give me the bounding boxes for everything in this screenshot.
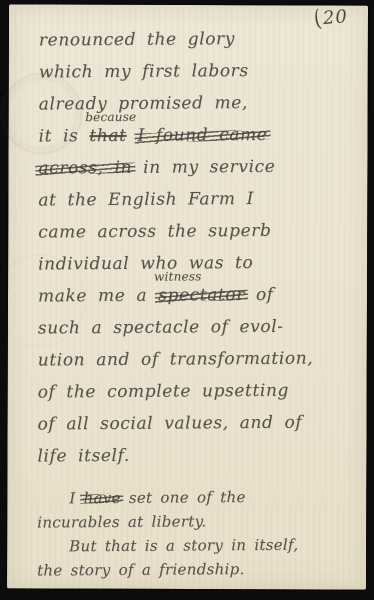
manuscript-line: But that is a story in itself,: [37, 532, 360, 558]
struck-out-text: thatbecause: [89, 126, 126, 146]
handwritten-text: came across the superb: [38, 221, 271, 243]
manuscript-line: incurables at liberty.: [37, 508, 360, 534]
manuscript-line: renounced the glory: [39, 22, 362, 56]
manuscript-line: came across the superb: [38, 214, 361, 248]
struck-out-text: spectatorwitness: [158, 285, 245, 306]
handwritten-text: of: [245, 285, 274, 305]
handwritten-text: at the English Farm I: [38, 189, 254, 211]
manuscript-line: of all social values, and of: [37, 406, 360, 440]
handwritten-text: the story of a friendship.: [37, 560, 245, 579]
manuscript-line: it is thatbecause I found came: [38, 118, 361, 152]
handwritten-text: which my first labors: [39, 61, 249, 82]
handwritten-text: it is: [38, 126, 89, 146]
handwritten-text: renounced the glory: [39, 29, 235, 50]
handwritten-text: set one of the: [121, 488, 246, 507]
struck-out-text: have: [84, 489, 121, 507]
handwritten-text: in my service: [132, 157, 275, 178]
manuscript-line: such a spectacle of evol-: [38, 310, 361, 344]
handwritten-text: life itself.: [37, 446, 130, 467]
manuscript-page: (20 renounced the glorywhich my first la…: [7, 4, 368, 589]
handwritten-text: of the complete upsetting: [38, 381, 289, 403]
manuscript-postscript: I have set one of theincurables at liber…: [37, 486, 360, 583]
manuscript-line: life itself.: [37, 438, 360, 472]
manuscript-line: at the English Farm I: [38, 182, 361, 216]
manuscript-line: ution and of transformation,: [38, 342, 361, 376]
handwritten-text: ution and of transformation,: [38, 349, 314, 371]
manuscript-body: renounced the glorywhich my first labors…: [37, 24, 362, 473]
handwritten-text: incurables at liberty.: [37, 512, 206, 531]
manuscript-line: the story of a friendship.: [37, 556, 360, 582]
manuscript-line: make me a spectatorwitness of: [38, 278, 361, 312]
handwritten-text: individual who was to: [38, 253, 253, 275]
manuscript-line: which my first labors: [39, 54, 362, 88]
struck-out-text: I found came: [138, 125, 268, 146]
inserted-word: witness: [154, 270, 202, 282]
manuscript-line: of the complete upsetting: [38, 374, 361, 408]
handwritten-text: of all social values, and of: [37, 413, 302, 435]
handwritten-text: make me a: [38, 286, 158, 307]
handwritten-text: But that is a story in itself,: [69, 536, 298, 556]
manuscript-line: across, in in my service: [38, 150, 361, 184]
manuscript-line: I have set one of the: [37, 484, 360, 510]
handwritten-text: already promised me,: [39, 93, 248, 114]
struck-out-text: across, in: [38, 158, 132, 179]
photo-background: (20 renounced the glorywhich my first la…: [0, 0, 374, 600]
handwritten-text: I: [69, 489, 83, 507]
inserted-word: because: [85, 111, 136, 123]
handwritten-text: [126, 126, 137, 146]
handwritten-text: such a spectacle of evol-: [38, 317, 284, 339]
